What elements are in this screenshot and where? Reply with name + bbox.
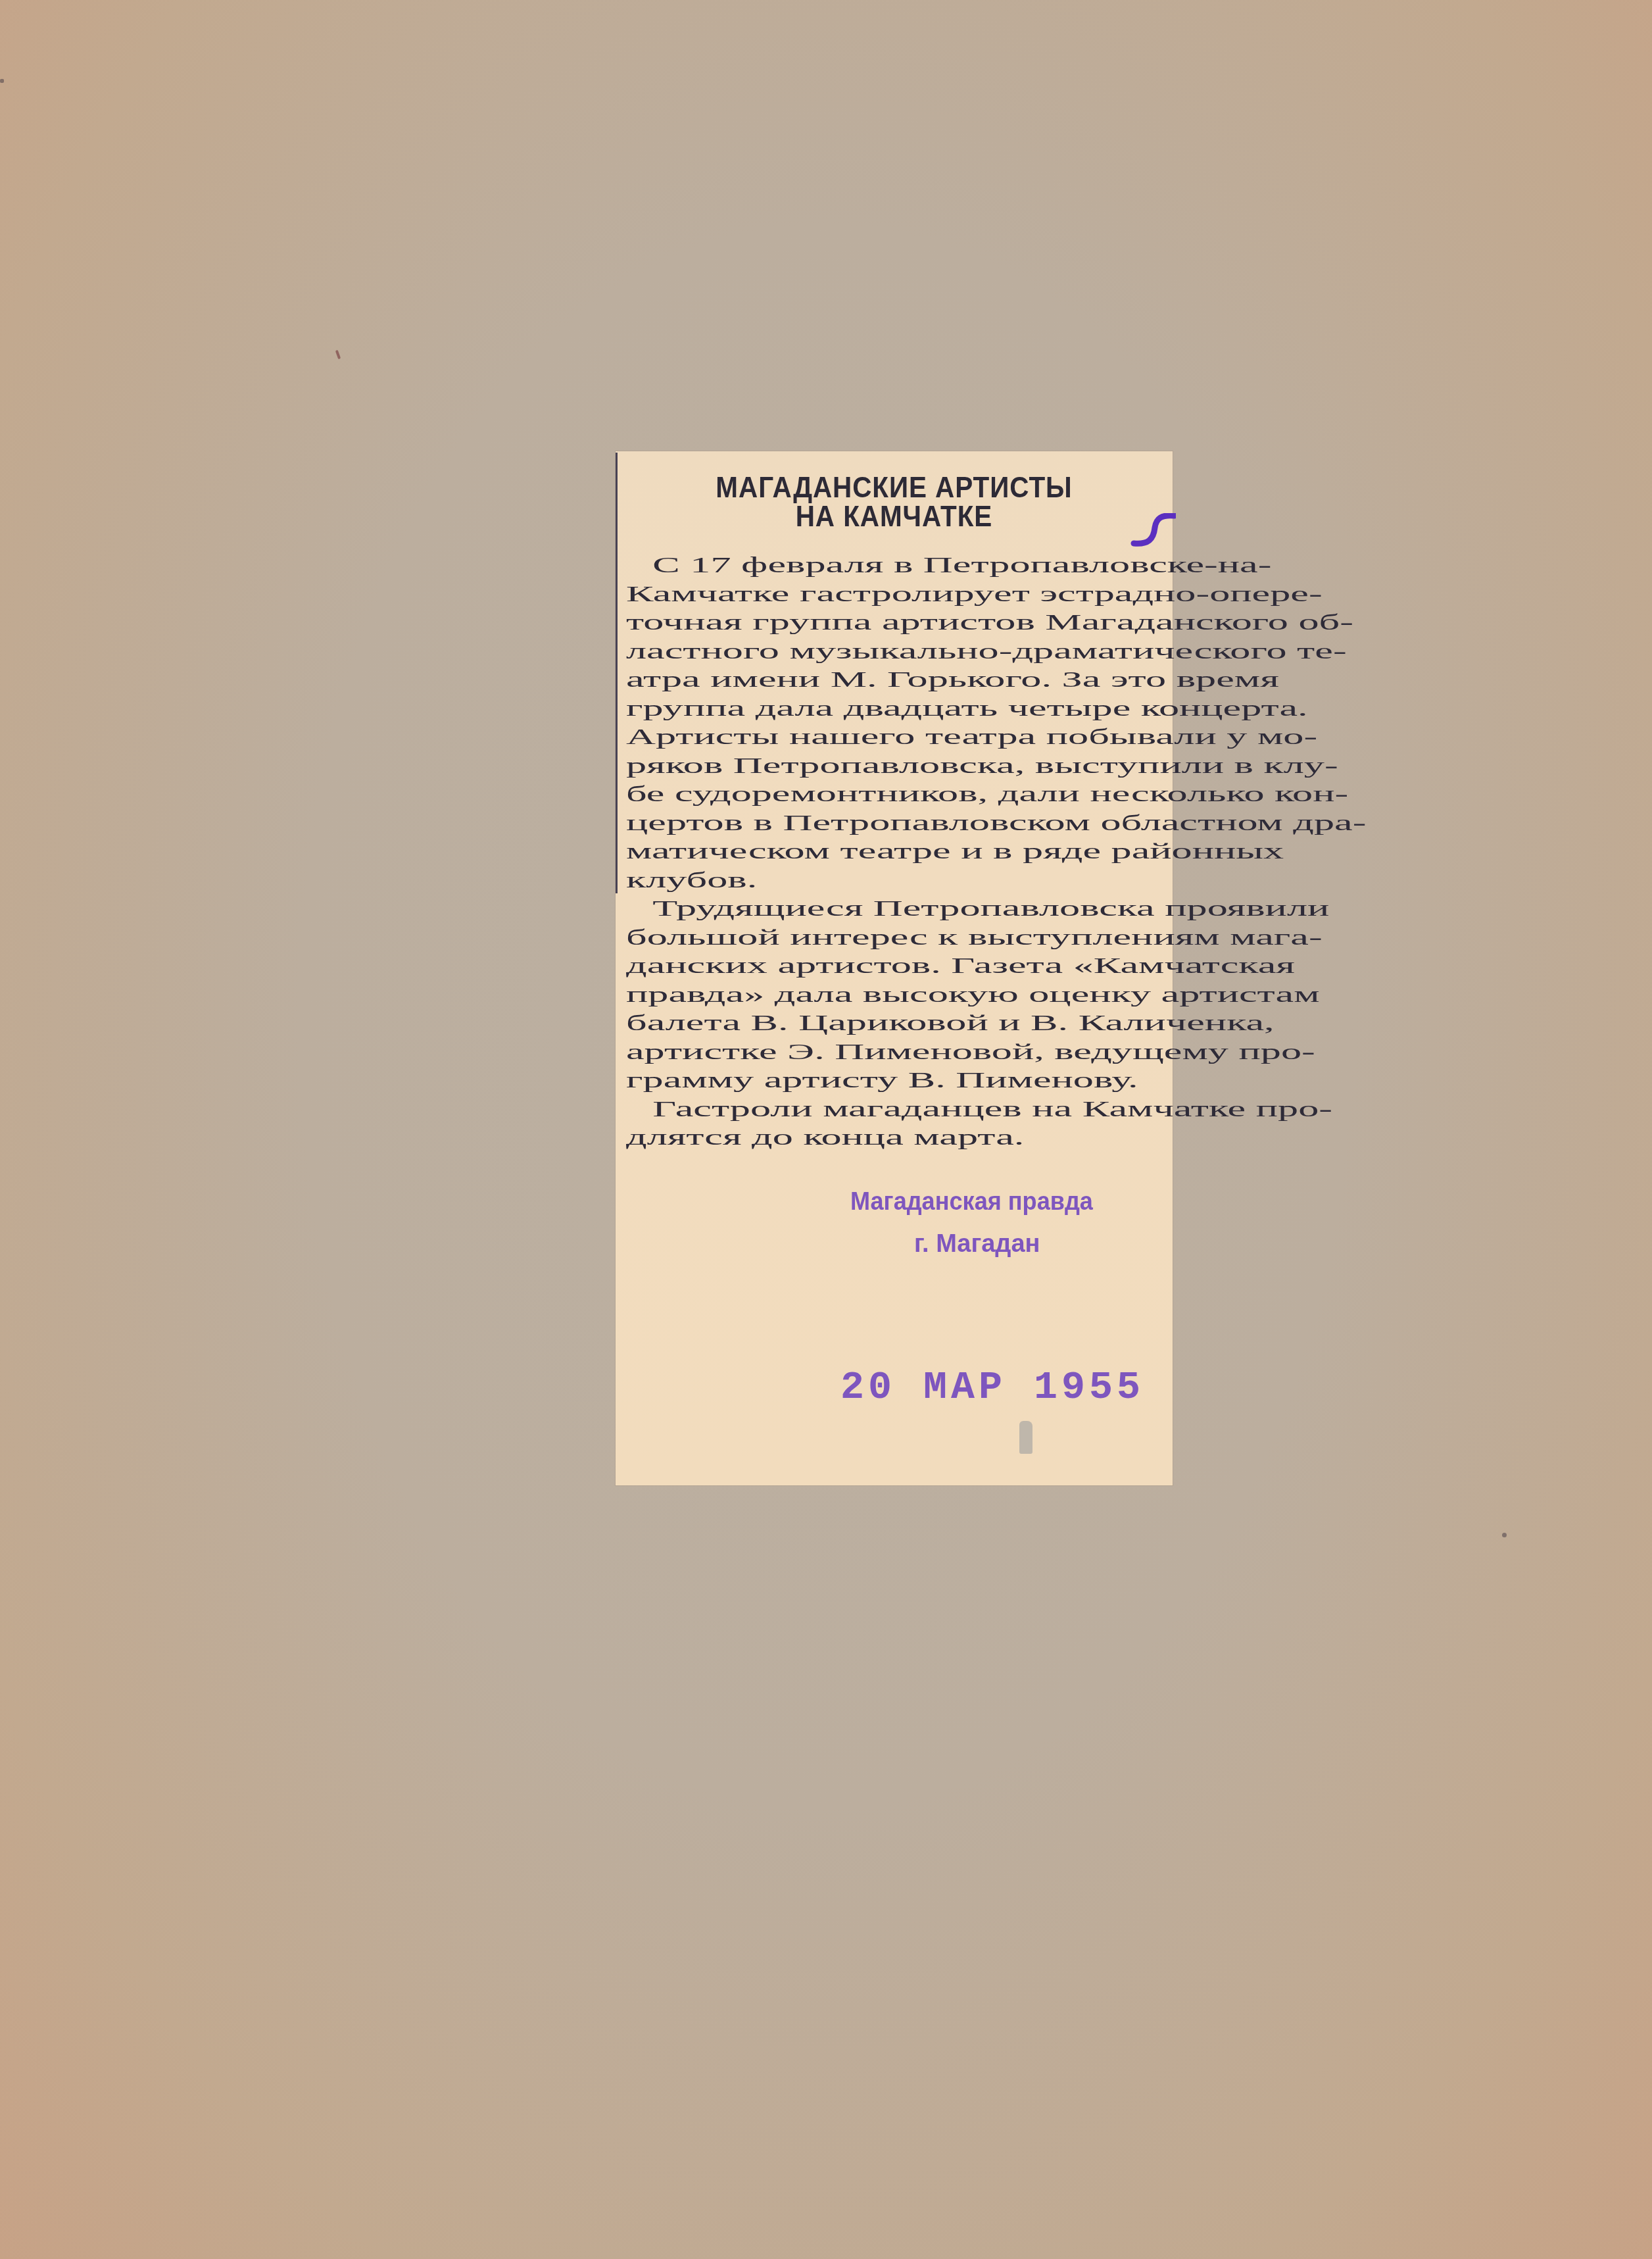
board-speck [0, 79, 4, 83]
article-line: точная группа артистов Магаданского об- [626, 608, 1146, 637]
article-line: атра имени М. Горького. За это время [626, 666, 1146, 695]
article-line: длятся до конца марта. [626, 1124, 1146, 1153]
article-line: Артисты нашего театра побывали у мо- [626, 723, 1146, 752]
board-speck [335, 350, 341, 360]
article-line: правда» дала высокую оценку артистам [626, 981, 1146, 1010]
paper-tear [1019, 1421, 1032, 1454]
article-line: матическом театре и в ряде районных [626, 837, 1146, 866]
article-line: ластного музыкально-драматического те- [626, 637, 1146, 666]
article-line: балета В. Цариковой и В. Каличенка, [626, 1009, 1146, 1038]
article-line: С 17 февраля в Петропавловске-на- [626, 551, 1146, 580]
article-line: Трудящиеся Петропавловска проявили [626, 895, 1146, 924]
newspaper-clipping: МАГАДАНСКИЕ АРТИСТЫ НА КАМЧАТКЕ С 17 фев… [616, 451, 1173, 1485]
article-line: клубов. [626, 866, 1146, 895]
newspaper-stamp: Магаданская правда [850, 1188, 1093, 1216]
article-line: ряков Петропавловска, выступили в клу- [626, 752, 1146, 781]
article-line: группа дала двадцать четыре концерта. [626, 695, 1146, 724]
article-line: данских артистов. Газета «Камчатская [626, 952, 1146, 981]
board-speck [1502, 1533, 1507, 1537]
article-line: большой интерес к выступлениям мага- [626, 924, 1146, 953]
headline-line-2: НА КАМЧАТКЕ [638, 503, 1150, 532]
article-line: артистке Э. Пименовой, ведущему про- [626, 1038, 1146, 1067]
headline-line-1: МАГАДАНСКИЕ АРТИСТЫ [638, 474, 1150, 503]
article-line: Камчатке гастролирует эстрадно-опере- [626, 580, 1146, 609]
article-line: цертов в Петропавловском областном дра- [626, 809, 1146, 838]
article-line: бе судоремонтников, дали несколько кон- [626, 780, 1146, 809]
article-body: С 17 февраля в Петропавловске-на- Камчат… [626, 551, 1146, 1153]
headline: МАГАДАНСКИЕ АРТИСТЫ НА КАМЧАТКЕ [638, 474, 1150, 532]
date-stamp: 20 МАР 1955 [840, 1366, 1144, 1410]
margin-mark-icon [1130, 513, 1176, 553]
city-stamp: г. Магадан [914, 1230, 1040, 1258]
article-line: Гастроли магаданцев на Камчатке про- [626, 1095, 1146, 1124]
article-line: грамму артисту В. Пименову. [626, 1066, 1146, 1095]
